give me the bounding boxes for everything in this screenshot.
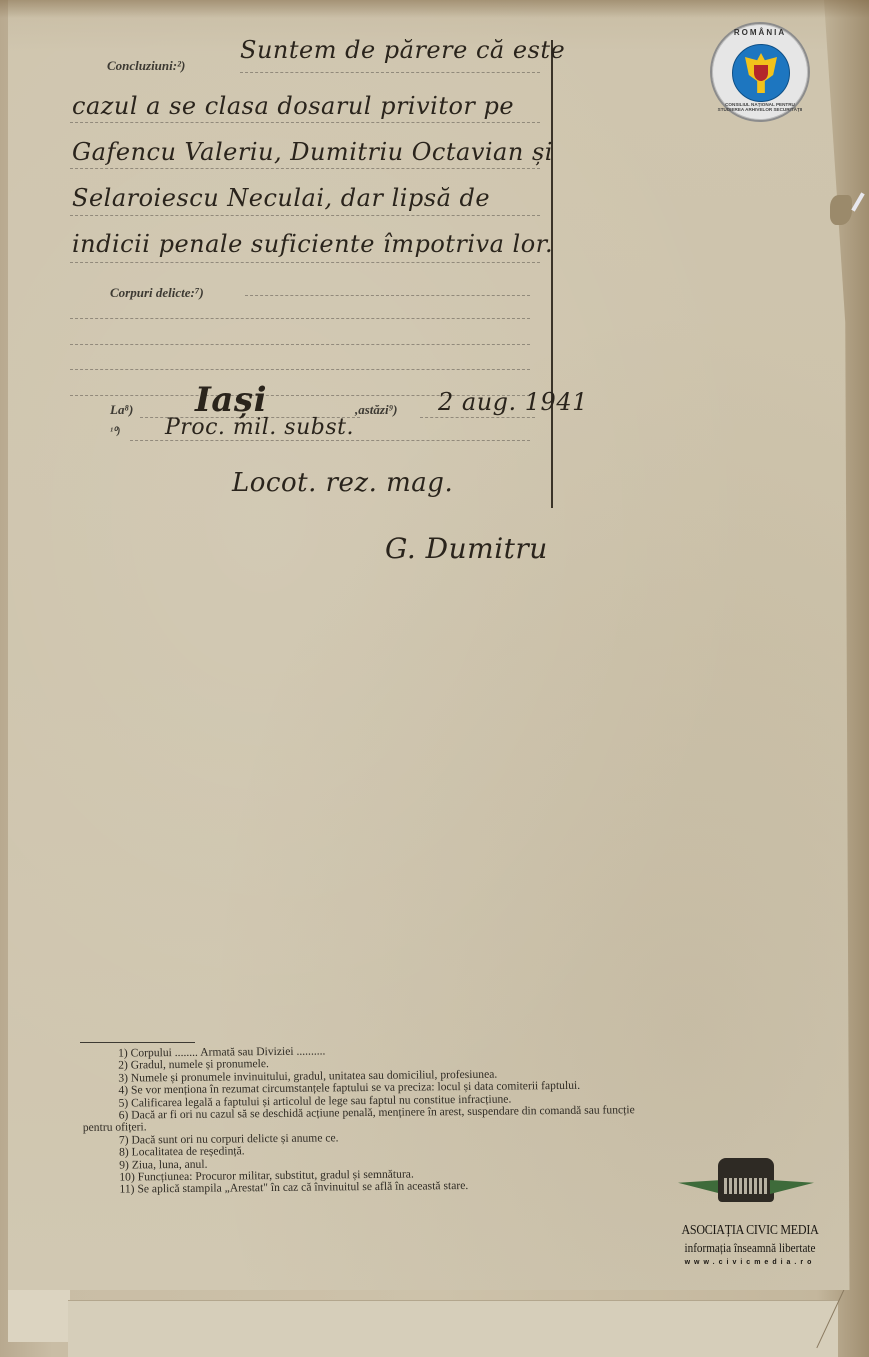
- under-sheet-left: [8, 1282, 70, 1342]
- conclusions-line-1: Suntem de părere că este: [240, 36, 565, 64]
- dotted-line: [420, 417, 535, 418]
- conclusions-label: Concluziuni:²): [107, 58, 185, 74]
- cnsas-seal: ROMÂNIA CONSILIUL NAȚIONAL PENTRU STUDIE…: [710, 22, 810, 122]
- signature-rank: Locot. rez. mag.: [232, 468, 453, 498]
- seal-top-text: ROMÂNIA: [712, 28, 808, 37]
- coat-of-arms-icon: [732, 44, 790, 102]
- dotted-line: [70, 215, 540, 216]
- conclusions-line-4: Selaroiescu Neculai, dar lipsă de: [72, 184, 490, 212]
- date-value: 2 aug. 1941: [438, 388, 588, 416]
- conclusions-line-2: cazul a se clasa dosarul privitor pe: [72, 92, 514, 120]
- function-label: ¹⁰): [110, 426, 120, 437]
- signature-name: G. Dumitru: [385, 532, 548, 565]
- civic-media-watermark: ASOCIAȚIA CIVIC MEDIA informația înseamn…: [660, 1150, 840, 1280]
- dotted-line: [70, 369, 530, 370]
- typewriter-icon: [718, 1158, 774, 1202]
- date-label: ,astăzi⁹): [355, 402, 397, 418]
- dotted-line: [240, 72, 540, 73]
- dotted-line: [70, 122, 540, 123]
- conclusions-line-3: Gafencu Valeriu, Dumitriu Octavian și: [72, 138, 553, 166]
- corpus-delicti-label: Corpuri delicte:⁷): [110, 285, 204, 301]
- dotted-line: [70, 168, 540, 169]
- dotted-line: [70, 262, 540, 263]
- dotted-line: [245, 295, 530, 296]
- footnote-rule: [80, 1042, 195, 1043]
- binding-tear: [830, 195, 852, 225]
- conclusions-line-5: indicii penale suficiente împotriva lor.: [72, 230, 553, 258]
- wing-left-icon: [678, 1180, 722, 1194]
- watermark-tagline: informația înseamnă libertate: [673, 1240, 828, 1256]
- watermark-url: www.civicmedia.ro: [660, 1259, 840, 1266]
- dotted-line: [70, 318, 530, 319]
- margin-line: [551, 40, 553, 508]
- under-sheet: [68, 1300, 838, 1357]
- seal-bottom-text: CONSILIUL NAȚIONAL PENTRU STUDIEREA ARHI…: [712, 102, 808, 112]
- place-value: Iași: [195, 380, 267, 420]
- dotted-line: [70, 344, 530, 345]
- wing-right-icon: [770, 1180, 814, 1194]
- watermark-name: ASOCIAȚIA CIVIC MEDIA: [673, 1223, 828, 1239]
- place-label: La⁸): [110, 402, 133, 418]
- function-value: Proc. mil. subst.: [165, 415, 354, 440]
- shield-icon: [754, 65, 768, 81]
- page-top-shade: [0, 0, 869, 18]
- typewriter-keys: [724, 1178, 768, 1194]
- dotted-line: [130, 440, 530, 441]
